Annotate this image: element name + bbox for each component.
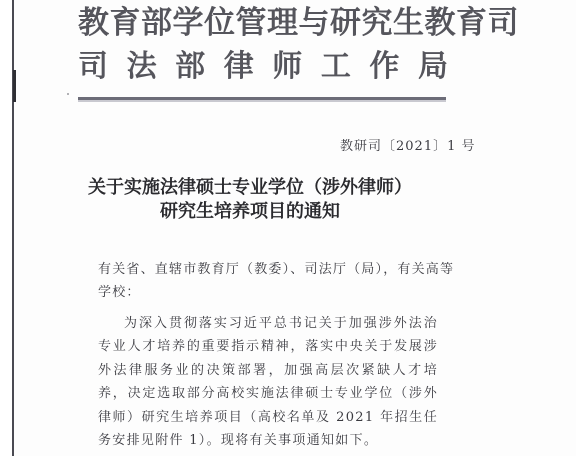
org2-char: 师 bbox=[272, 50, 302, 84]
org2-char: 部 bbox=[175, 50, 205, 84]
issuing-org-1: 教育部学位管理与研究生教育司 bbox=[78, 6, 448, 40]
scan-edge-mark bbox=[13, 70, 16, 102]
header-divider bbox=[78, 97, 446, 100]
document-title: 关于实施法律硕士专业学位（涉外律师） 研究生培养项目的通知 bbox=[40, 176, 460, 224]
document-number: 教研司〔2021〕1 号 bbox=[340, 135, 476, 154]
addressee: 有关省、直辖市教育厅（教委）、司法厅（局），有关高等学校： bbox=[98, 258, 458, 304]
org2-char: 局 bbox=[418, 50, 448, 84]
title-line-2: 研究生培养项目的通知 bbox=[40, 200, 460, 224]
org2-char: 律 bbox=[224, 50, 254, 84]
issuing-org-2: 司 法 部 律 师 工 作 局 bbox=[78, 50, 448, 84]
org2-char: 作 bbox=[369, 50, 399, 84]
scan-speck bbox=[336, 442, 338, 444]
org2-char: 司 bbox=[78, 50, 108, 84]
scan-edge-border bbox=[12, 0, 14, 456]
body-paragraph: 为深入贯彻落实习近平总书记关于加强涉外法治专业人才培养的重要指示精神，落实中央关… bbox=[98, 312, 438, 452]
title-line-1: 关于实施法律硕士专业学位（涉外律师） bbox=[40, 176, 460, 200]
org2-char: 工 bbox=[321, 50, 351, 84]
org2-char: 法 bbox=[127, 50, 157, 84]
scan-speck bbox=[67, 93, 69, 95]
page-margin bbox=[0, 0, 12, 456]
